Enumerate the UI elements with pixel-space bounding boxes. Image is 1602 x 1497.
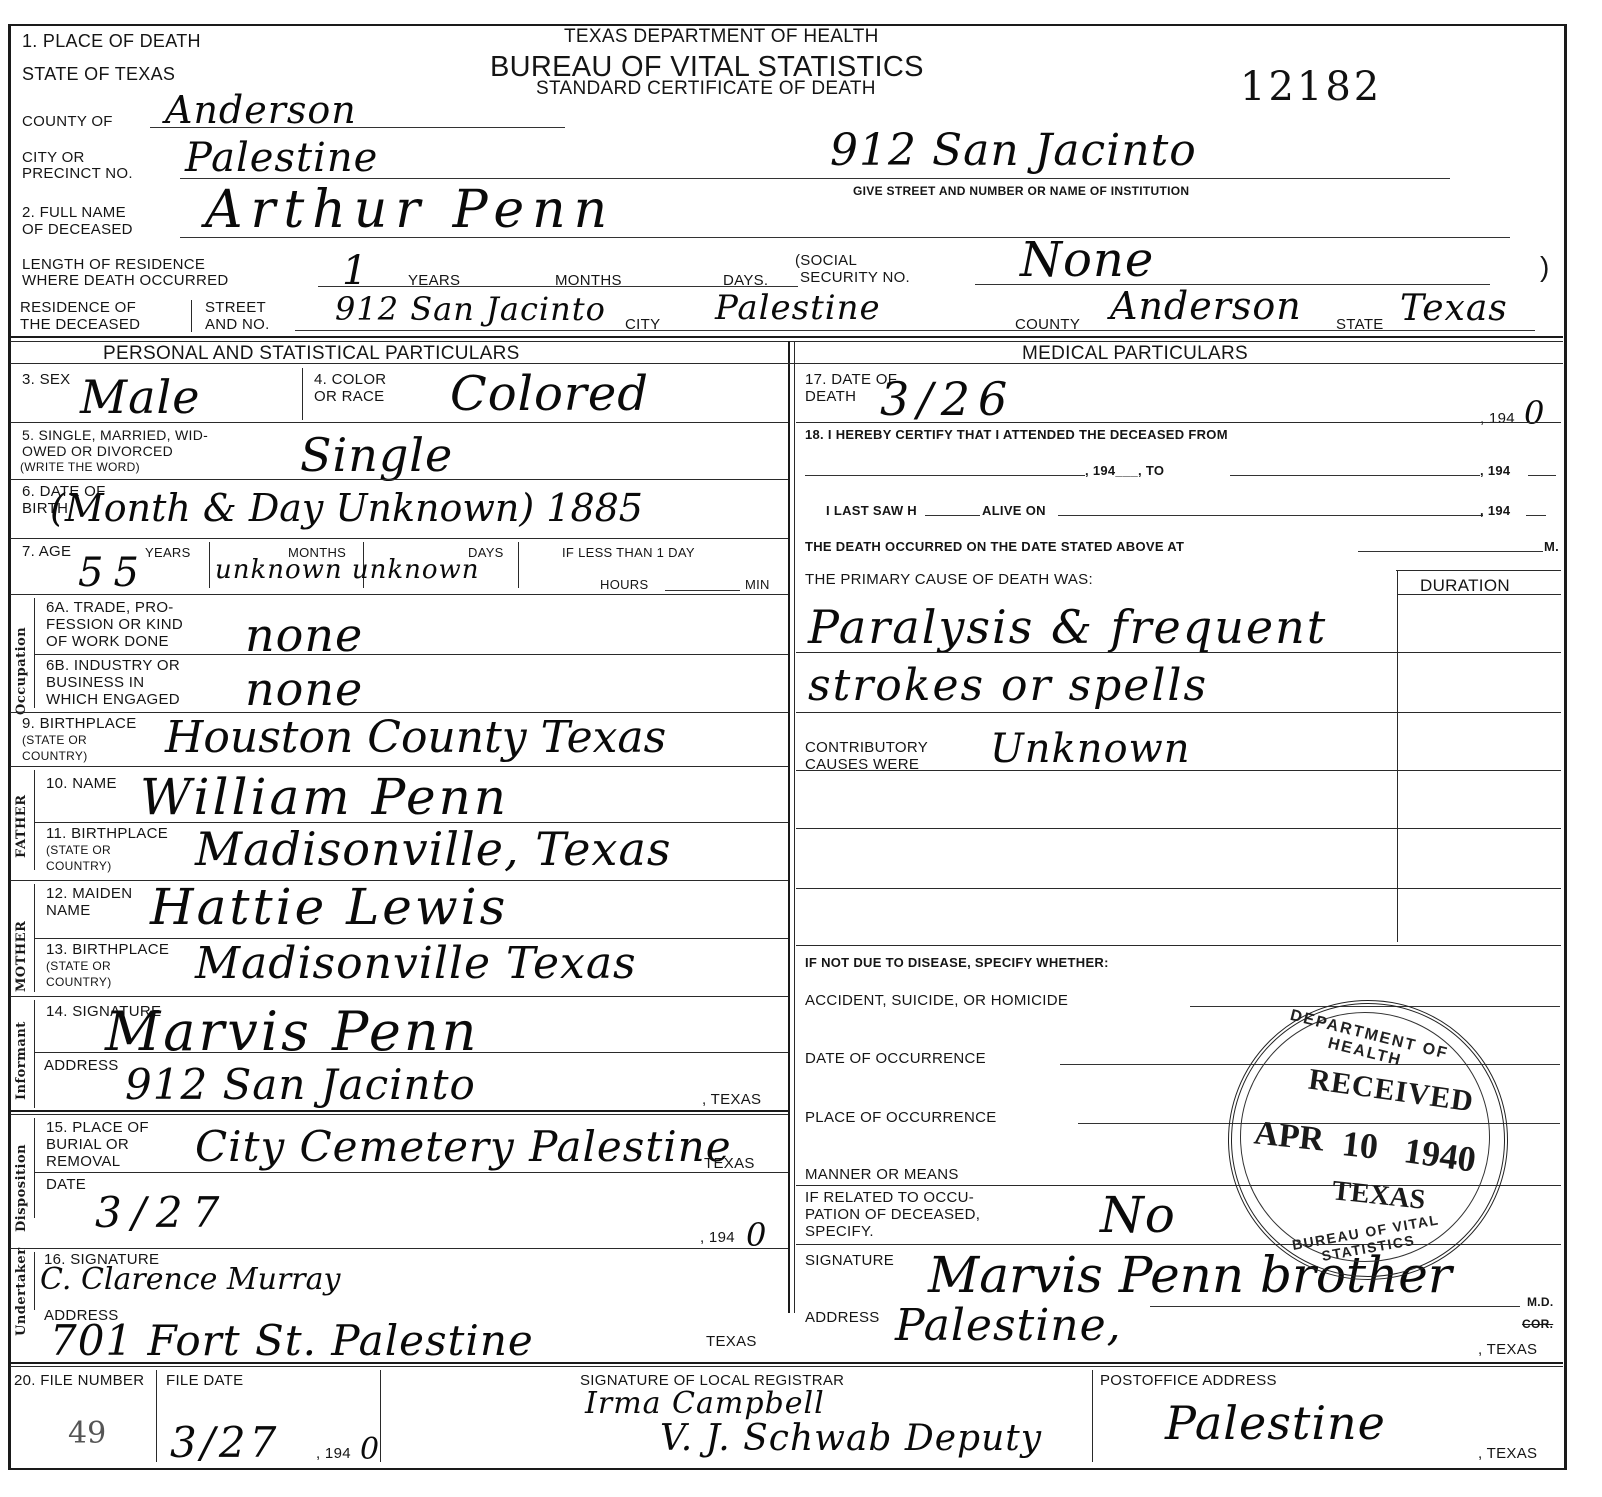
registrar-value-1: Irma Campbell bbox=[585, 1386, 825, 1421]
birth-value: (Month & Day Unknown) 1885 bbox=[50, 486, 643, 530]
mother-name-label-2: NAME bbox=[46, 903, 91, 919]
received-stamp: DEPARTMENT OF HEALTH RECEIVED APR 10 194… bbox=[1228, 1000, 1508, 1280]
last-saw-line bbox=[925, 515, 980, 516]
occurred-line bbox=[1358, 551, 1543, 552]
birthplace-value: Houston County Texas bbox=[165, 712, 666, 763]
disposition-side-divider bbox=[34, 1118, 35, 1218]
med-address-value: Palestine, bbox=[895, 1300, 1122, 1351]
file-date-label: FILE DATE bbox=[166, 1373, 243, 1389]
birthplace-label-1: 9. BIRTHPLACE bbox=[22, 716, 137, 732]
filing-divider-2 bbox=[380, 1370, 381, 1462]
informant-side-label: Informant bbox=[14, 1021, 29, 1100]
file-number-label: 20. FILE NUMBER bbox=[14, 1373, 144, 1389]
mother-birthplace-value: Madisonville Texas bbox=[195, 938, 637, 989]
row-rule-informant-sig bbox=[34, 1052, 788, 1053]
street-label-1: STREET bbox=[205, 300, 266, 316]
state-of-texas-label: STATE OF TEXAS bbox=[22, 66, 175, 82]
industry-label-2: BUSINESS IN bbox=[46, 675, 144, 691]
certify-from-line bbox=[805, 475, 1085, 476]
residence-length-label-2: WHERE DEATH OCCURRED bbox=[22, 273, 229, 289]
file-number-value: 49 bbox=[68, 1416, 106, 1451]
industry-label-1: 6B. INDUSTRY OR bbox=[46, 658, 180, 674]
certificate-subtitle: STANDARD CERTIFICATE OF DEATH bbox=[536, 81, 876, 97]
days-label: DAYS. bbox=[723, 273, 768, 289]
full-name-label-2: OF DECEASED bbox=[22, 222, 133, 238]
alive-on-year-line bbox=[1526, 515, 1546, 516]
row-rule-sex bbox=[10, 422, 788, 423]
city-value: Palestine bbox=[185, 135, 378, 181]
cause-rule-5 bbox=[796, 888, 1561, 889]
med-signature-label: SIGNATURE bbox=[805, 1253, 894, 1269]
row-rule-informant bbox=[10, 1110, 788, 1112]
medical-section-title: MEDICAL PARTICULARS bbox=[1022, 344, 1248, 364]
certify-from-to: , 194___, TO bbox=[1085, 464, 1164, 478]
mother-birthplace-label-1: 13. BIRTHPLACE bbox=[46, 942, 169, 958]
burial-date-value: 3/27 bbox=[95, 1188, 229, 1237]
last-saw-label: I LAST SAW H bbox=[826, 504, 917, 518]
death-date-value: 3/26 bbox=[880, 372, 1015, 426]
county-value: Anderson bbox=[165, 88, 357, 132]
occupation-related-value: No bbox=[1100, 1186, 1176, 1244]
column-divider-2 bbox=[794, 341, 795, 1313]
occurrence-place-label: PLACE OF OCCURRENCE bbox=[805, 1110, 997, 1126]
contributory-value: Unknown bbox=[990, 726, 1191, 772]
industry-label-3: WHICH ENGAGED bbox=[46, 692, 180, 708]
primary-cause-label: THE PRIMARY CAUSE OF DEATH WAS: bbox=[805, 572, 1093, 588]
burial-texas-label: TEXAS bbox=[704, 1156, 755, 1172]
cause-rule-6 bbox=[796, 945, 1561, 946]
hours-label: HOURS bbox=[600, 578, 648, 592]
ssn-close-paren: ) bbox=[1540, 252, 1550, 282]
certify-label: 18. I HEREBY CERTIFY THAT I ATTENDED THE… bbox=[805, 428, 1228, 442]
death-year-suffix: 0 bbox=[1524, 394, 1545, 432]
postoffice-value: Palestine bbox=[1165, 1396, 1386, 1450]
marital-label-1: 5. SINGLE, MARRIED, WID- bbox=[22, 428, 208, 442]
file-year-suffix: 0 bbox=[360, 1432, 380, 1467]
filing-divider-1 bbox=[156, 1370, 157, 1462]
birthplace-label-3: COUNTRY) bbox=[22, 750, 88, 763]
hours-underline bbox=[665, 590, 740, 591]
full-name-label-1: 2. FULL NAME bbox=[22, 205, 126, 221]
filing-divider-3 bbox=[1092, 1370, 1093, 1462]
father-birthplace-value: Madisonville, Texas bbox=[195, 822, 672, 876]
informant-addr-label: ADDRESS bbox=[44, 1058, 119, 1074]
column-divider bbox=[788, 341, 790, 1313]
personal-section-title: PERSONAL AND STATISTICAL PARTICULARS bbox=[103, 344, 520, 364]
father-birthplace-label-1: 11. BIRTHPLACE bbox=[46, 826, 168, 842]
birthplace-label-2: (STATE OR bbox=[22, 734, 87, 747]
row-rule-age bbox=[10, 594, 788, 595]
trade-label-1: 6A. TRADE, PRO- bbox=[46, 600, 174, 616]
postoffice-label: POSTOFFICE ADDRESS bbox=[1100, 1373, 1277, 1389]
cor-label: COR. bbox=[1522, 1318, 1553, 1331]
min-label: MIN bbox=[745, 578, 770, 592]
certify-to-year-line bbox=[1528, 475, 1556, 476]
row-rule-birth bbox=[10, 538, 788, 539]
age-months-days-value: unknown unknown bbox=[215, 555, 480, 585]
occupation-side-divider bbox=[34, 598, 35, 708]
residence-state-label: STATE bbox=[1336, 317, 1384, 333]
mother-birthplace-label-2: (STATE OR bbox=[46, 960, 111, 973]
primary-cause-line-2: strokes or spells bbox=[808, 660, 1208, 711]
residence-years-value: 1 bbox=[342, 248, 368, 294]
sex-value: Male bbox=[80, 370, 200, 424]
race-label-2: OR RACE bbox=[314, 389, 384, 405]
certify-to-line bbox=[1230, 475, 1480, 476]
section-top-rule bbox=[10, 336, 1563, 338]
sex-label: 3. SEX bbox=[22, 372, 71, 388]
row-rule-disposition bbox=[10, 1248, 788, 1249]
informant-addr-value: 912 San Jacinto bbox=[125, 1060, 476, 1109]
age-divider-3 bbox=[518, 542, 519, 588]
burial-label-3: REMOVAL bbox=[46, 1154, 120, 1170]
med-address-label: ADDRESS bbox=[805, 1310, 880, 1326]
duration-divider bbox=[1397, 570, 1398, 942]
residence-county-value: Anderson bbox=[1110, 284, 1302, 328]
contributory-label-1: CONTRIBUTORY bbox=[805, 740, 928, 756]
certificate-number: 12182 bbox=[1240, 64, 1382, 110]
father-name-label: 10. NAME bbox=[46, 776, 117, 792]
file-date-value: 3/27 bbox=[170, 1418, 280, 1467]
residence-street-value: 912 San Jacinto bbox=[335, 290, 606, 328]
street-hint: GIVE STREET AND NUMBER OR NAME OF INSTIT… bbox=[853, 185, 1189, 198]
age-years-value: 55 bbox=[78, 550, 149, 596]
burial-date-label: DATE bbox=[46, 1177, 86, 1193]
race-value: Colored bbox=[450, 366, 649, 422]
occurrence-date-label: DATE OF OCCURRENCE bbox=[805, 1051, 986, 1067]
primary-cause-line-1: Paralysis & frequent bbox=[808, 600, 1327, 654]
mother-name-value: Hattie Lewis bbox=[150, 878, 508, 936]
father-birthplace-label-3: COUNTRY) bbox=[46, 860, 112, 873]
row-rule-birthplace bbox=[10, 766, 788, 767]
father-birthplace-label-2: (STATE OR bbox=[46, 844, 111, 857]
age-less-label: IF LESS THAN 1 DAY bbox=[562, 546, 695, 560]
md-label: M.D. bbox=[1527, 1296, 1554, 1309]
occupation-related-label-3: SPECIFY. bbox=[805, 1224, 874, 1240]
race-label-1: 4. COLOR bbox=[314, 372, 386, 388]
months-label: MONTHS bbox=[555, 273, 622, 289]
postoffice-texas: , TEXAS bbox=[1478, 1446, 1537, 1462]
trade-label-3: OF WORK DONE bbox=[46, 634, 169, 650]
med-signature-line bbox=[1150, 1306, 1520, 1307]
filing-top-rule-2 bbox=[10, 1366, 1563, 1367]
department-title: TEXAS DEPARTMENT OF HEALTH bbox=[564, 29, 879, 45]
father-name-value: William Penn bbox=[140, 768, 509, 826]
informant-sig-value: Marvis Penn bbox=[105, 1000, 479, 1063]
cause-rule-2 bbox=[796, 712, 1561, 713]
alive-on-end: , 194 bbox=[1480, 504, 1510, 518]
father-side-label: FATHER bbox=[14, 794, 29, 858]
certify-to-end: , 194 bbox=[1480, 464, 1510, 478]
trade-label-2: FESSION OR KIND bbox=[46, 617, 183, 633]
section-header-rule bbox=[10, 363, 1563, 364]
sex-race-divider bbox=[302, 368, 303, 420]
age-label: 7. AGE bbox=[22, 544, 71, 560]
row-rule-death-date bbox=[796, 422, 1561, 423]
city-label-1: CITY OR bbox=[22, 150, 85, 166]
undertaker-side-label: Undertaker bbox=[14, 1247, 29, 1336]
ssn-label-2: SECURITY NO. bbox=[800, 270, 910, 286]
row-rule-marital bbox=[10, 479, 788, 480]
row-rule-burial bbox=[34, 1172, 788, 1173]
marital-label-2: OWED OR DIVORCED bbox=[22, 444, 173, 458]
registrar-value-2: V. J. Schwab Deputy bbox=[660, 1418, 1042, 1459]
city-label-2: PRECINCT NO. bbox=[22, 166, 133, 182]
marital-label-3: (WRITE THE WORD) bbox=[20, 461, 140, 474]
occurred-label: THE DEATH OCCURRED ON THE DATE STATED AB… bbox=[805, 540, 1184, 554]
stamp-day: 10 bbox=[1340, 1122, 1380, 1168]
med-address-texas: , TEXAS bbox=[1478, 1342, 1537, 1358]
residence-length-label-1: LENGTH OF RESIDENCE bbox=[22, 257, 205, 273]
industry-value: none bbox=[245, 662, 363, 716]
section-top-rule-2 bbox=[10, 341, 1563, 342]
cause-rule-4 bbox=[796, 828, 1561, 829]
informant-side-divider bbox=[34, 1000, 35, 1108]
death-year-prefix: , 194 bbox=[1480, 411, 1515, 427]
residence-city-label: CITY bbox=[625, 317, 660, 333]
occupation-side-label: Occupation bbox=[14, 627, 29, 715]
burial-label-2: BURIAL OR bbox=[46, 1137, 129, 1153]
mother-name-label-1: 12. MAIDEN bbox=[46, 886, 132, 902]
deceased-name-value: Arthur Penn bbox=[205, 180, 615, 240]
alive-on-line bbox=[1058, 515, 1483, 516]
ssn-value: None bbox=[1020, 232, 1154, 288]
undertaker-side-divider bbox=[34, 1252, 35, 1310]
manner-label: MANNER OR MEANS bbox=[805, 1167, 959, 1183]
row-rule-informant-2 bbox=[10, 1114, 788, 1115]
burial-label-1: 15. PLACE OF bbox=[46, 1120, 149, 1136]
filing-top-rule bbox=[10, 1362, 1563, 1364]
undertaker-addr-value: 701 Fort St. Palestine bbox=[50, 1316, 534, 1365]
residence-county-label: COUNTY bbox=[1015, 317, 1080, 333]
duration-header-rule bbox=[1397, 594, 1561, 595]
alive-on-label: ALIVE ON bbox=[982, 504, 1046, 518]
father-side-divider bbox=[34, 770, 35, 870]
county-label: COUNTY OF bbox=[22, 114, 113, 130]
street-label-2: AND NO. bbox=[205, 317, 270, 333]
row-rule-trade bbox=[34, 654, 788, 655]
occurred-end: M. bbox=[1544, 540, 1559, 554]
row-rule-mother bbox=[10, 996, 788, 997]
marital-value: Single bbox=[300, 428, 453, 482]
age-divider-1 bbox=[209, 542, 210, 588]
place-of-death-label: 1. PLACE OF DEATH bbox=[22, 33, 201, 49]
file-year-prefix: , 194 bbox=[316, 1446, 351, 1462]
residence-city-value: Palestine bbox=[715, 288, 881, 328]
occupation-related-label-1: IF RELATED TO OCCU- bbox=[805, 1190, 974, 1206]
informant-texas-label: , TEXAS bbox=[702, 1092, 761, 1108]
street-value: 912 San Jacinto bbox=[830, 125, 1197, 176]
residence-divider bbox=[191, 300, 192, 332]
residence-label-2: THE DECEASED bbox=[20, 317, 140, 333]
mother-side-label: MOTHER bbox=[14, 921, 29, 992]
occupation-related-label-2: PATION OF DECEASED, bbox=[805, 1207, 980, 1223]
cause-rule-1 bbox=[796, 652, 1561, 653]
mother-birthplace-label-3: COUNTRY) bbox=[46, 976, 112, 989]
ssn-label-1: (SOCIAL bbox=[795, 253, 857, 269]
burial-value: City Cemetery Palestine bbox=[195, 1122, 732, 1171]
undertaker-texas-label: TEXAS bbox=[706, 1334, 757, 1350]
cause-rule-3 bbox=[796, 770, 1561, 771]
residence-state-value: Texas bbox=[1400, 288, 1508, 329]
accident-label: ACCIDENT, SUICIDE, OR HOMICIDE bbox=[805, 993, 1068, 1009]
disposition-side-label: Disposition bbox=[14, 1144, 29, 1232]
not-disease-label: IF NOT DUE TO DISEASE, SPECIFY WHETHER: bbox=[805, 956, 1109, 970]
duration-label: DURATION bbox=[1420, 578, 1510, 594]
burial-year-prefix: , 194 bbox=[700, 1230, 735, 1246]
age-years-label: YEARS bbox=[145, 546, 191, 560]
duration-top-rule bbox=[1396, 570, 1561, 571]
residence-label-1: RESIDENCE OF bbox=[20, 300, 136, 316]
stamp-month: APR bbox=[1252, 1114, 1325, 1159]
death-date-label-2: DEATH bbox=[805, 389, 856, 405]
undertaker-sig-value: C. Clarence Murray bbox=[40, 1262, 340, 1297]
years-label: YEARS bbox=[408, 273, 460, 289]
